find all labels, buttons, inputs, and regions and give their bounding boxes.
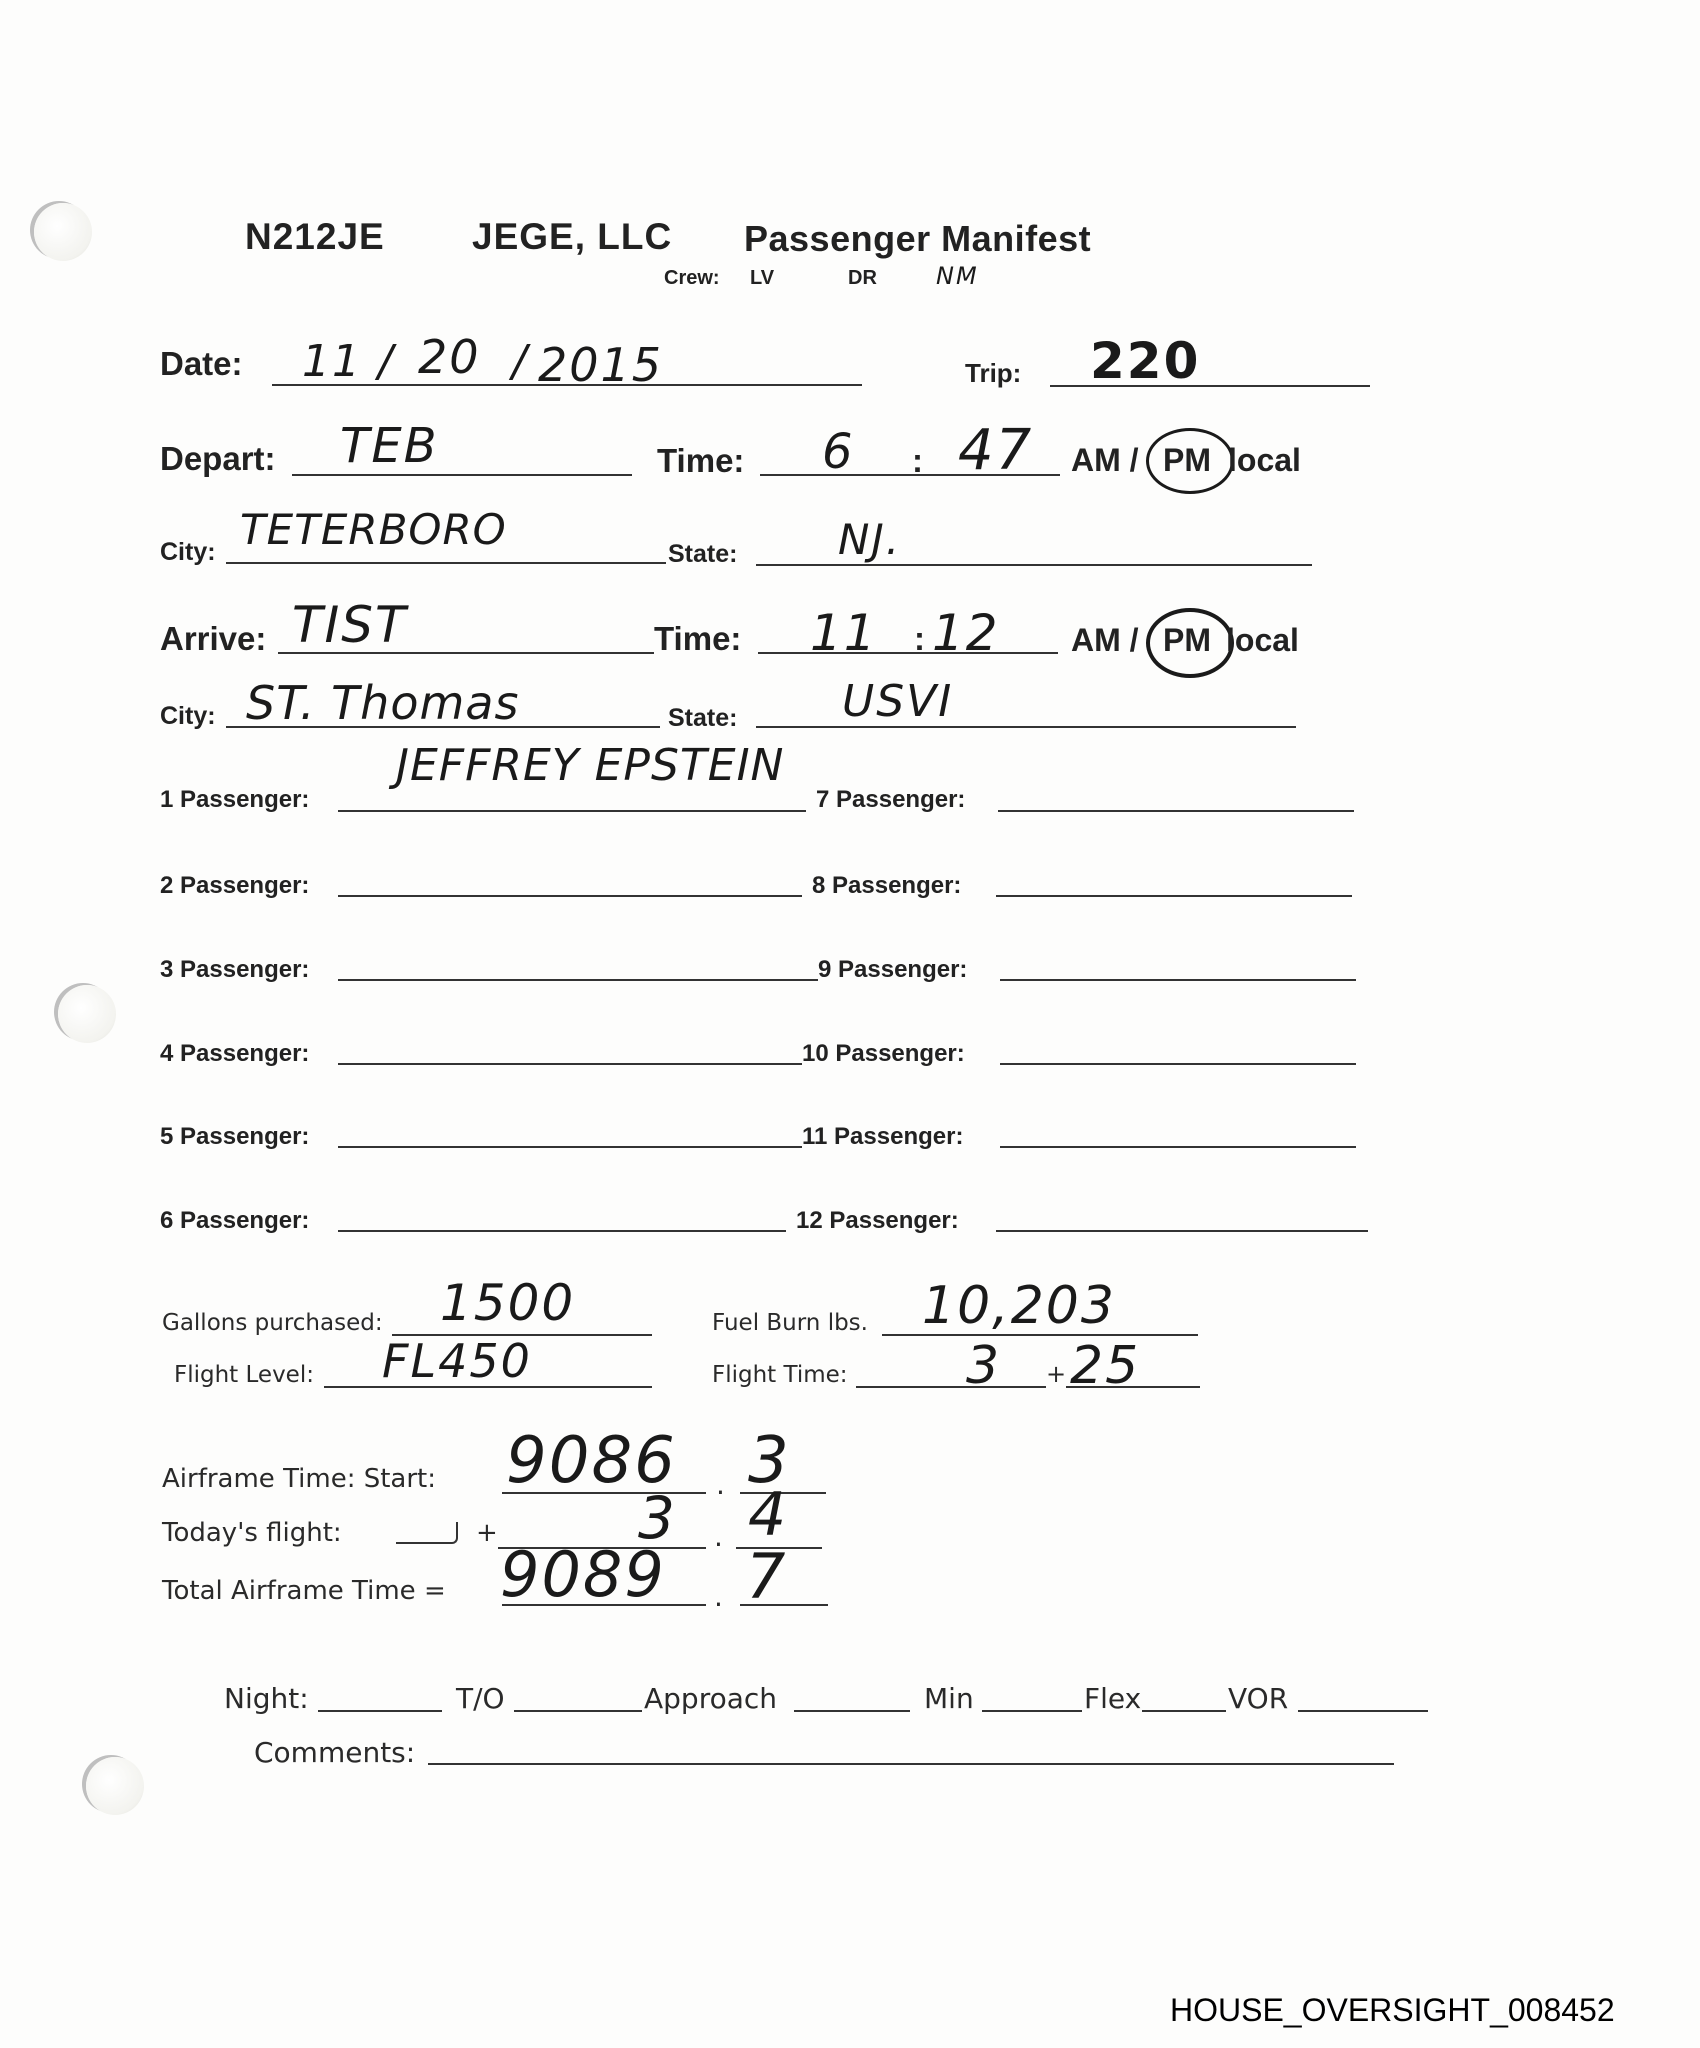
arrive-state-label: State: [668, 704, 737, 733]
date-day[interactable]: 20 [418, 330, 481, 384]
date-label: Date: [160, 345, 243, 383]
arrive-local-label: local [1226, 622, 1299, 659]
depart-hour[interactable]: 6 [822, 424, 855, 480]
depart-am-option[interactable]: AM / [1071, 442, 1139, 479]
comments-label: Comments: [254, 1736, 415, 1769]
passenger-label: 5 Passenger: [160, 1123, 309, 1151]
gallons-label: Gallons purchased: [162, 1310, 383, 1336]
depart-time-label: Time: [657, 442, 744, 480]
arrive-am-option[interactable]: AM / [1071, 622, 1139, 659]
arrive-time-label: Time: [654, 620, 741, 658]
passenger-label: 8 Passenger: [812, 872, 961, 900]
depart-city[interactable]: TETERBORO [240, 505, 507, 554]
arrive-state[interactable]: USVI [842, 676, 953, 727]
passenger-underline[interactable] [338, 895, 802, 897]
to-label: T/O [456, 1682, 505, 1715]
passenger-label: 7 Passenger: [816, 786, 965, 814]
passenger-label: 4 Passenger: [160, 1040, 309, 1068]
passenger-underline[interactable] [338, 1230, 786, 1232]
depart-local-label: local [1228, 442, 1301, 479]
comments-field[interactable] [428, 1763, 1394, 1765]
flight-time-hours-underline [856, 1386, 1046, 1388]
arrive-state-underline [756, 726, 1296, 728]
min-label: Min [924, 1682, 974, 1715]
depart-state-underline [756, 564, 1312, 566]
arrive-hour[interactable]: 11 [810, 604, 878, 662]
passenger-label: 12 Passenger: [796, 1207, 959, 1235]
flight-time-hours[interactable]: 3 [966, 1336, 1001, 1396]
passenger-label: 3 Passenger: [160, 956, 309, 984]
depart-label: Depart: [160, 440, 276, 478]
night-label: Night: [224, 1682, 309, 1715]
arrive-time-underline [758, 652, 1058, 654]
fuel-burn-label: Fuel Burn lbs. [712, 1310, 868, 1336]
passenger-underline[interactable] [996, 1230, 1368, 1232]
date-month[interactable]: 11 [302, 336, 362, 387]
tail-number: N212JE [245, 216, 385, 258]
depart-underline [292, 474, 632, 476]
vor-field[interactable] [1298, 1710, 1428, 1712]
crew-label: Crew: [664, 267, 720, 290]
depart-city-label: City: [160, 538, 216, 567]
passenger-label: 1 Passenger: [160, 786, 309, 814]
arrive-label: Arrive: [160, 620, 266, 658]
passenger-underline[interactable] [996, 895, 1352, 897]
company-name: JEGE, LLC [472, 216, 672, 258]
passenger-underline[interactable] [338, 1146, 802, 1148]
passenger-label: 11 Passenger: [802, 1123, 963, 1151]
passenger-underline[interactable] [998, 810, 1354, 812]
passenger-underline[interactable] [1000, 979, 1356, 981]
vor-label: VOR [1228, 1682, 1288, 1715]
flex-field[interactable] [1142, 1710, 1226, 1712]
manifest-page: N212JE JEGE, LLC Passenger Manifest Crew… [0, 0, 1700, 2048]
depart-state-label: State: [668, 540, 737, 569]
approach-label: Approach [644, 1682, 777, 1715]
flight-level-label: Flight Level: [174, 1362, 314, 1388]
page-title: Passenger Manifest [744, 218, 1091, 260]
passenger-label: 2 Passenger: [160, 872, 309, 900]
arrive-city[interactable]: ST. Thomas [246, 676, 519, 730]
pm-selected-circle [1146, 428, 1234, 494]
passenger-label: 10 Passenger: [802, 1040, 965, 1068]
arrive-code[interactable]: TIST [292, 596, 408, 654]
arrive-minute[interactable]: 12 [932, 604, 1000, 662]
crew-member: NM [936, 262, 979, 290]
flight-time-label: Flight Time: [712, 1362, 848, 1388]
total-airframe-tenth[interactable]: 7 [746, 1540, 787, 1613]
passenger-name[interactable]: JEFFREY EPSTEIN [396, 740, 784, 791]
flex-label: Flex [1084, 1682, 1141, 1715]
total-airframe-whole[interactable]: 9089 [500, 1538, 666, 1611]
crew-member: LV [750, 267, 774, 290]
passenger-underline [338, 810, 806, 812]
hole-punch [58, 985, 116, 1043]
passenger-underline[interactable] [338, 979, 818, 981]
to-field[interactable] [514, 1710, 642, 1712]
min-field[interactable] [982, 1710, 1082, 1712]
crew-member: DR [848, 267, 877, 290]
passenger-label: 6 Passenger: [160, 1207, 309, 1235]
depart-city-underline [226, 562, 666, 564]
date-year[interactable]: 2015 [538, 338, 663, 392]
airframe-start-label: Airframe Time: Start: [162, 1464, 436, 1494]
bates-number: HOUSE_OVERSIGHT_008452 [1170, 1992, 1615, 2029]
gallons-value[interactable]: 1500 [440, 1274, 575, 1332]
depart-state[interactable]: NJ. [838, 515, 901, 564]
pm-selected-circle [1146, 608, 1234, 678]
hole-punch [86, 1757, 144, 1815]
arrive-city-label: City: [160, 702, 216, 731]
passenger-label: 9 Passenger: [818, 956, 967, 984]
fuel-burn-value[interactable]: 10,203 [922, 1276, 1116, 1336]
checkmark-icon [396, 1522, 458, 1544]
passenger-underline[interactable] [338, 1063, 802, 1065]
passenger-underline[interactable] [1000, 1063, 1356, 1065]
passenger-underline[interactable] [1000, 1146, 1356, 1148]
flight-time-minutes[interactable]: 25 [1070, 1336, 1140, 1396]
night-field[interactable] [318, 1710, 442, 1712]
total-airframe-label: Total Airframe Time = [162, 1576, 446, 1606]
todays-flight-label: Today's flight: [162, 1518, 342, 1548]
trip-label: Trip: [965, 358, 1021, 389]
trip-number[interactable]: 220 [1090, 332, 1200, 390]
flight-level-value[interactable]: FL450 [382, 1334, 532, 1388]
approach-field[interactable] [794, 1710, 910, 1712]
depart-code[interactable]: TEB [340, 418, 439, 474]
depart-minute[interactable]: 47 [958, 418, 1033, 483]
hole-punch [34, 203, 92, 261]
